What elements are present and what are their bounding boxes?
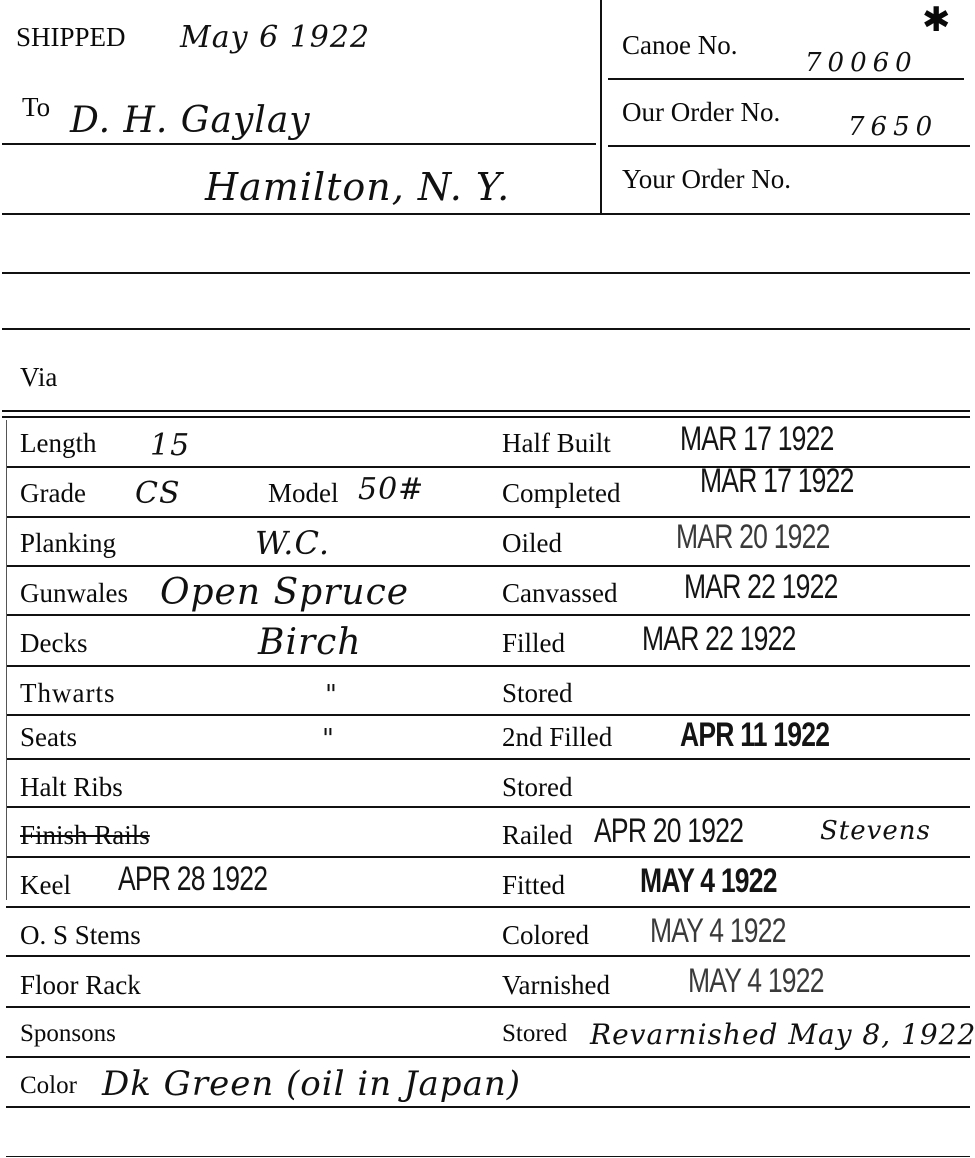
spec-label: Floor Rack — [20, 970, 141, 1001]
stage-label: Fitted — [502, 870, 565, 901]
row-line — [6, 955, 970, 957]
stage-label: Canvassed — [502, 578, 617, 609]
our-order-label: Our Order No. — [622, 97, 780, 128]
spec-value: CS — [135, 476, 181, 511]
stage-label: Varnished — [502, 970, 610, 1001]
header-divider — [600, 0, 602, 215]
spec-value: Open Spruce — [160, 572, 409, 613]
bottom-line — [6, 1156, 970, 1157]
via-label: Via — [20, 362, 57, 393]
spec-label: Color — [20, 1072, 77, 1100]
our-order-line — [608, 145, 970, 147]
stage-label: Filled — [502, 628, 565, 659]
stage-label: Completed — [502, 478, 620, 509]
spec-label: Decks — [20, 628, 87, 659]
spec-label: Sponsons — [20, 1020, 116, 1048]
to-label: To — [22, 92, 50, 123]
stage-date-stamp: APR 11 1922 — [680, 716, 871, 755]
spec-label: Keel — [20, 870, 71, 901]
row-line — [6, 758, 970, 760]
spec-label: Halt Ribs — [20, 772, 123, 803]
shipped-label: SHIPPED — [16, 22, 126, 53]
spec-value: " — [325, 680, 338, 710]
your-order-label: Your Order No. — [622, 164, 791, 195]
stage-label: Stored — [502, 772, 573, 803]
spec-value: Birch — [258, 622, 362, 663]
spec-label: Gunwales — [20, 578, 128, 609]
left-border — [6, 420, 7, 900]
shipped-date: May 6 1922 — [180, 20, 370, 55]
stage-label: Stored — [502, 1020, 567, 1048]
row-line — [6, 856, 970, 858]
row-line — [6, 1106, 970, 1108]
address-line — [2, 213, 970, 215]
stage-date-stamp: MAR 22 1922 — [642, 620, 839, 659]
stage-label: Colored — [502, 920, 589, 951]
our-order-value: 7650 — [848, 112, 938, 142]
model-value: 50# — [358, 472, 424, 507]
canoe-build-record-card: SHIPPED May 6 1922 To D. H. Gaylay Hamil… — [0, 0, 975, 1158]
row-line — [6, 714, 970, 716]
stage-date-stamp: APR 20 1922 — [594, 812, 785, 851]
spec-label: O. S Stems — [20, 920, 141, 951]
spec-label: Planking — [20, 528, 116, 559]
spec-label: Grade — [20, 478, 86, 509]
stage-date-stamp: MAR 20 1922 — [676, 518, 873, 557]
via-bottom-line-1 — [2, 410, 970, 412]
row-line — [6, 665, 970, 667]
stage-label: 2nd Filled — [502, 722, 612, 753]
asterisk-mark-icon: ✱ — [922, 0, 951, 40]
row-line — [6, 1056, 970, 1058]
stage-date-stamp: MAY 4 1922 — [640, 862, 815, 901]
stage-label: Railed — [502, 820, 572, 851]
stage-date-stamp: MAY 4 1922 — [650, 912, 824, 951]
railed-note: Stevens — [820, 816, 931, 846]
spec-label: Length — [20, 428, 96, 459]
stage-date-stamp: MAR 22 1922 — [684, 568, 881, 607]
stage-label: Stored — [502, 678, 573, 709]
stage-label: Half Built — [502, 428, 611, 459]
row-line — [6, 614, 970, 616]
recipient-name: D. H. Gaylay — [70, 100, 311, 141]
spec-label: Seats — [20, 722, 77, 753]
row-line — [6, 466, 970, 468]
row-line — [6, 806, 970, 808]
spec-label-struck: Finish Rails — [20, 820, 150, 851]
spec-value: 15 — [150, 428, 190, 463]
row-line — [6, 906, 970, 908]
color-value: Dk Green (oil in Japan) — [102, 1064, 521, 1104]
via-bottom-line-2 — [2, 416, 970, 418]
canoe-no-line — [608, 78, 964, 80]
row-line — [6, 565, 970, 567]
stage-date-stamp: MAY 4 1922 — [688, 962, 862, 1001]
via-top-line — [2, 328, 970, 330]
spec-value: " — [322, 724, 335, 754]
canoe-no-label: Canoe No. — [622, 30, 737, 61]
row-line — [6, 516, 970, 518]
spec-label: Thwarts — [20, 678, 115, 709]
stage-date-stamp: MAR 17 1922 — [680, 420, 877, 459]
to-line — [2, 143, 596, 145]
model-label: Model — [268, 478, 339, 509]
recipient-address: Hamilton, N. Y. — [205, 165, 510, 209]
stage-label: Oiled — [502, 528, 562, 559]
row-line — [6, 1006, 970, 1008]
keel-date-stamp: APR 28 1922 — [118, 860, 309, 899]
stored-note: Revarnished May 8, 1922 — [590, 1018, 975, 1051]
header-bottom-line — [2, 272, 970, 274]
spec-value: W.C. — [255, 524, 330, 562]
canoe-no-value: 70060 — [805, 48, 918, 78]
